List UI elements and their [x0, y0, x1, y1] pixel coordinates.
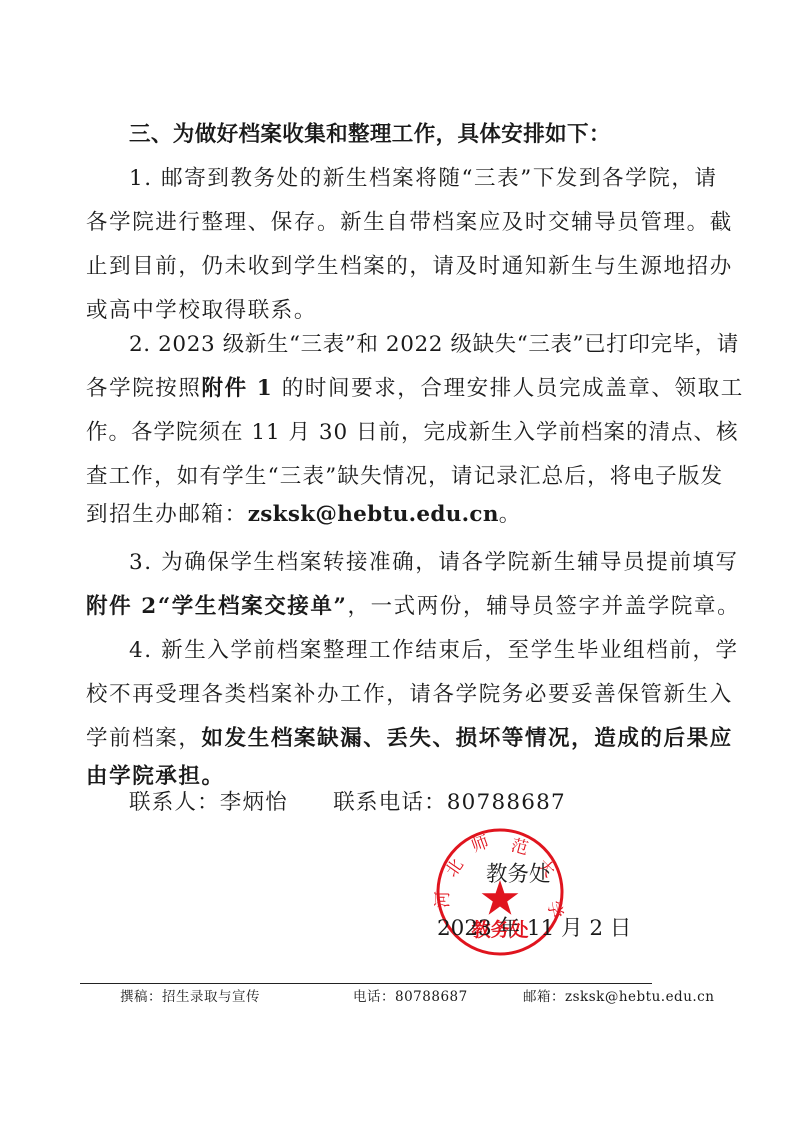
footer-divider: [80, 983, 652, 984]
liability-clause: 如发生档案缺漏、丢失、损坏等情况，造成的后果应: [202, 726, 733, 751]
attachment-1-ref: 附件 1: [202, 376, 274, 401]
item-4-line-3: 学前档案，如发生档案缺漏、丢失、损坏等情况，造成的后果应: [86, 724, 702, 754]
item-1-line-2: 各学院进行整理、保存。新生自带档案应及时交辅导员管理。截: [86, 208, 702, 238]
item-3-line-2-post: ，一式两份，辅导员签字并盖学院章。: [347, 594, 740, 619]
item-1-line-1: 1. 邮寄到教务处的新生档案将随“三表”下发到各学院，请: [86, 164, 745, 194]
liability-clause-end: 由学院承担。: [86, 764, 225, 789]
svg-text:师: 师: [469, 831, 492, 857]
item-4-line-1: 4. 新生入学前档案整理工作结束后，至学生毕业组档前，学: [86, 636, 745, 666]
email-address: zsksk@hebtu.edu.cn: [248, 502, 499, 527]
contact-line: 联系人：李炳怡 联系电话：80788687: [86, 788, 745, 818]
item-4-line-2: 校不再受理各类档案补办工作，请各学院务必要妥善保管新生入: [86, 680, 702, 710]
footer-phone: 电话：80788687: [353, 988, 468, 1006]
item-3-line-1: 3. 为确保学生档案转接准确，请各学院新生辅导员提前填写: [86, 548, 745, 578]
item-3-line-2: 附件 2“学生档案交接单”，一式两份，辅导员签字并盖学院章。: [86, 592, 702, 622]
item-2-line-2: 各学院按照附件 1 的时间要求，合理安排人员完成盖章、领取工: [86, 374, 702, 404]
item-2-line-4: 查工作，如有学生“三表”缺失情况，请记录汇总后，将电子版发: [86, 462, 702, 492]
signature-office: 教务处: [486, 860, 551, 890]
attachment-2-ref: 附件 2“学生档案交接单”: [86, 594, 347, 619]
item-2-line-1: 2. 2023 级新生“三表”和 2022 级缺失“三表”已打印完毕，请: [86, 330, 745, 360]
footer-email: 邮箱：zsksk@hebtu.edu.cn: [523, 988, 714, 1006]
item-1-line-4: 或高中学校取得联系。: [86, 296, 702, 326]
footer-drafter: 撰稿：招生录取与宣传: [120, 988, 260, 1006]
item-2-line-2-post: 的时间要求，合理安排人员完成盖章、领取工: [273, 376, 743, 401]
item-2-line-5-pre: 到招生办邮箱：: [86, 502, 248, 527]
item-1-line-3: 止到目前，仍未收到学生档案的，请及时通知新生与生源地招办: [86, 252, 702, 282]
item-2-line-5-post: 。: [499, 502, 522, 527]
svg-text:范: 范: [509, 836, 531, 860]
svg-text:河: 河: [434, 891, 453, 908]
section-heading: 三、为做好档案收集和整理工作，具体安排如下：: [86, 120, 745, 150]
item-2-line-2-pre: 各学院按照: [86, 376, 202, 401]
item-2-line-5: 到招生办邮箱：zsksk@hebtu.edu.cn。: [86, 500, 702, 530]
item-2-line-3: 作。各学院须在 11 月 30 日前，完成新生入学前档案的清点、核: [86, 418, 702, 448]
item-4-line-3-pre: 学前档案，: [86, 726, 202, 751]
document-page: 三、为做好档案收集和整理工作，具体安排如下： 1. 邮寄到教务处的新生档案将随“…: [0, 0, 800, 1131]
signature-date: 2023 年 11 月 2 日: [437, 914, 631, 944]
